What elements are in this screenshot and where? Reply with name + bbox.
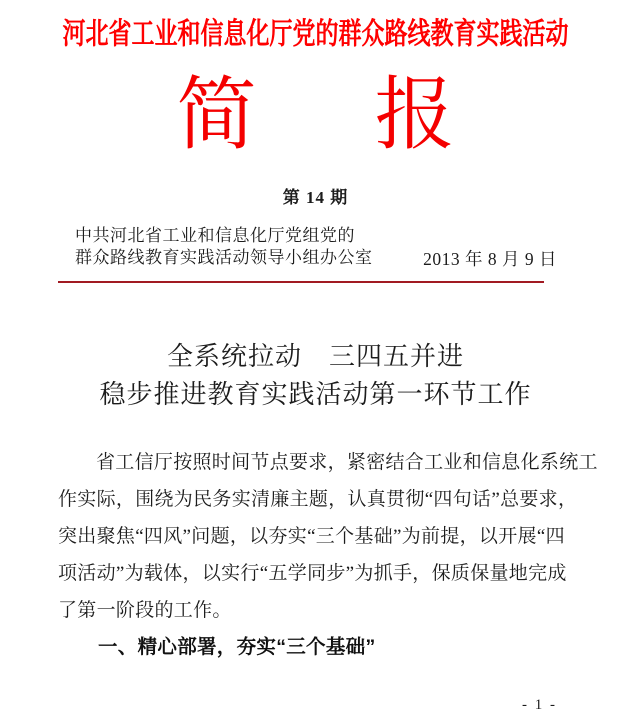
issuer-line-1: 中共河北省工业和信息化厅党组党的: [75, 225, 373, 247]
red-divider-rule: [58, 281, 544, 283]
body-line: 项活动”为载体，以实行“五学同步”为抓手，保质保量地完成: [58, 555, 598, 592]
issuer-line-2: 群众路线教育实践活动领导小组办公室: [75, 247, 373, 269]
issue-number: 第 14 期: [0, 183, 631, 208]
banner-title: 河北省工业和信息化厅党的群众路线教育实践活动: [0, 10, 631, 52]
body-line: 突出聚焦“四风”问题，以夯实“三个基础”为前提，以开展“四: [58, 518, 598, 555]
masthead-char-1: 简: [177, 70, 257, 162]
article-body: 省工信厅按照时间节点要求，紧密结合工业和信息化系统工 作实际，围绕为民务实清廉主…: [58, 444, 598, 666]
page-number: - 1 -: [522, 697, 557, 714]
bulletin-page: 河北省工业和信息化厅党的群众路线教育实践活动 简 报 第 14 期 中共河北省工…: [0, 0, 631, 723]
issue-date: 2013 年 8 月 9 日: [423, 246, 557, 271]
body-line: 了第一阶段的工作。: [58, 592, 598, 629]
masthead: 简 报: [0, 70, 631, 162]
section-heading: 一、精心部署，夯实“三个基础”: [58, 629, 598, 666]
body-line: 作实际，围绕为民务实清廉主题，认真贯彻“四句话”总要求，: [58, 481, 598, 518]
article-title-line-1: 全系统拉动 三四五并进: [0, 341, 631, 373]
article-title-line-2: 稳步推进教育实践活动第一环节工作: [0, 379, 631, 411]
masthead-char-2: 报: [375, 70, 455, 162]
body-line: 省工信厅按照时间节点要求，紧密结合工业和信息化系统工: [58, 444, 598, 481]
issuer-block: 中共河北省工业和信息化厅党组党的 群众路线教育实践活动领导小组办公室: [75, 225, 373, 269]
